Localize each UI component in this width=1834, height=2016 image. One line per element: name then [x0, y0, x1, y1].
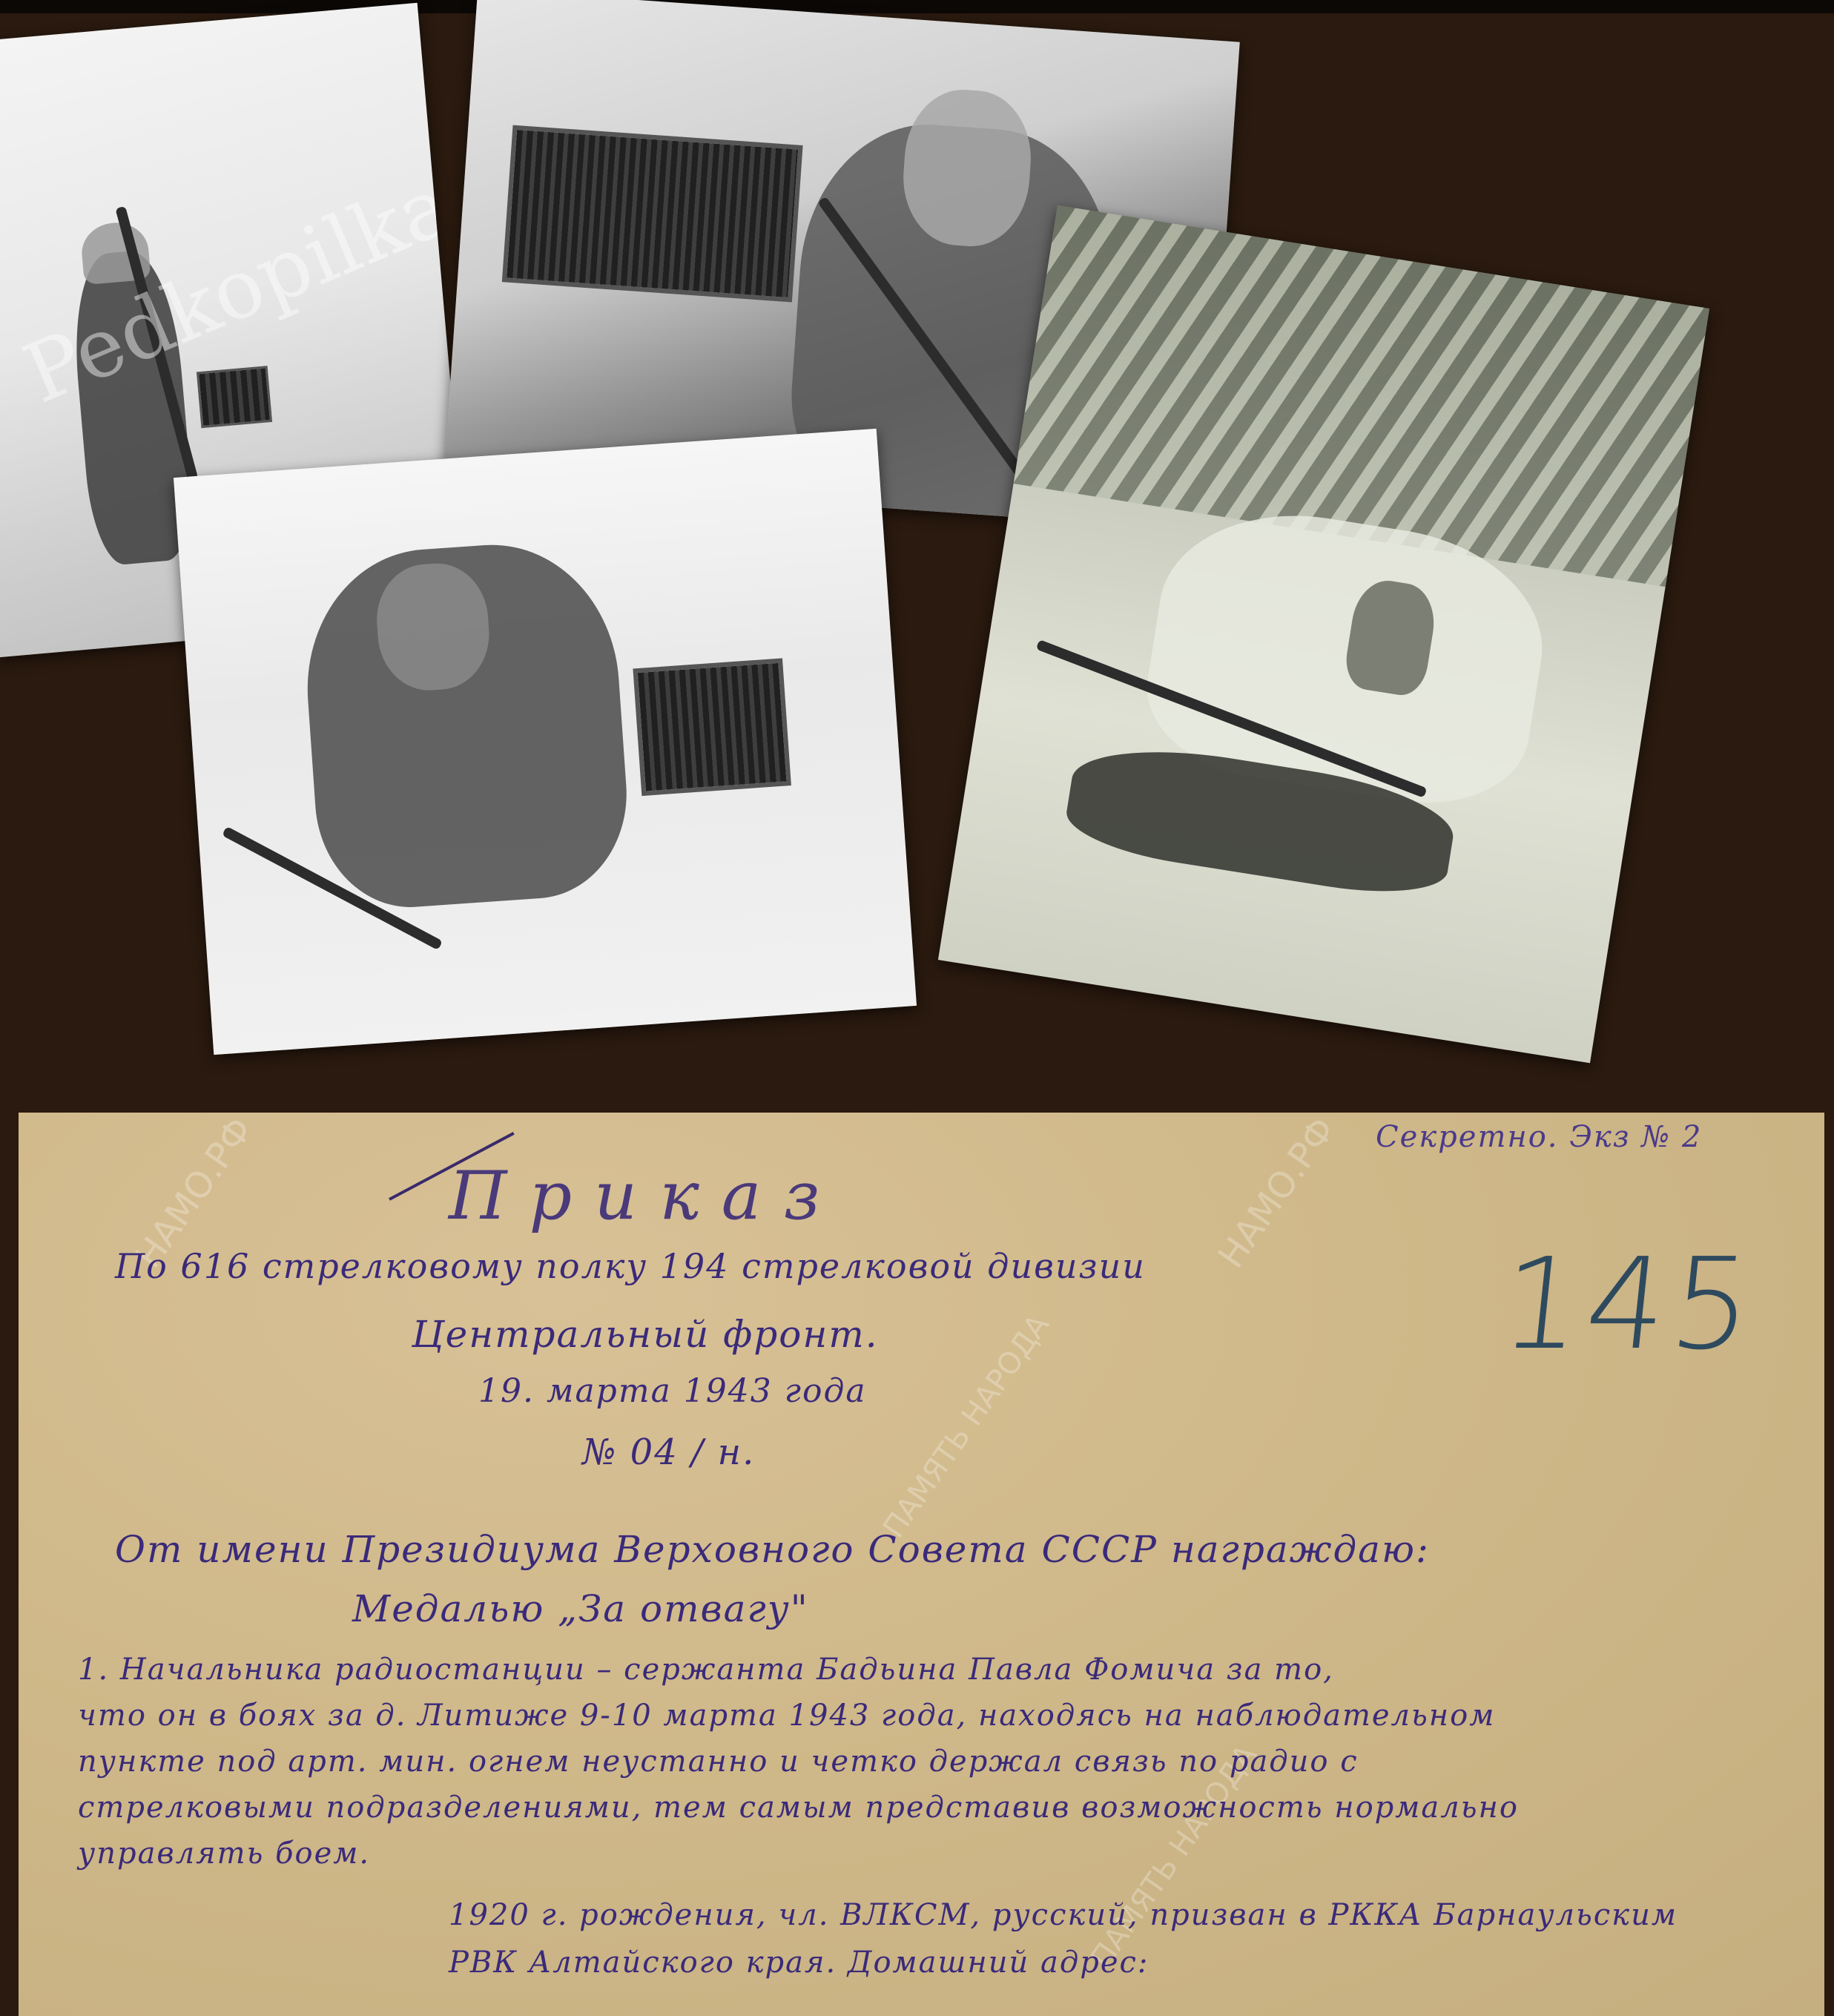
regiment-line: По 616 стрелковому полку 194 стрелковой … [115, 1246, 1146, 1286]
citation-line: что он в боях за д. Литиже 9-10 марта 19… [78, 1693, 1784, 1739]
front-line: Центральный фронт. [412, 1313, 879, 1356]
citation-line: пункте под арт. мин. огнем неустанно и ч… [78, 1739, 1784, 1785]
award-citation: 1. Начальника радиостанции – сержанта Ба… [78, 1647, 1784, 1877]
cable-reel [633, 658, 791, 796]
citation-line: управлять боем. [78, 1831, 1784, 1877]
photo-scene [174, 429, 917, 1055]
citation-line: 1. Начальника радиостанции – сержанта Ба… [78, 1647, 1784, 1693]
telephone-case [197, 366, 272, 428]
archive-page-number: 145 [1494, 1231, 1764, 1378]
photo-scene [938, 205, 1709, 1064]
order-number: № 04 / н. [582, 1432, 755, 1473]
watermark: ПАМЯТЬ НАРОДА [877, 1308, 1056, 1544]
document-title: Приказ [449, 1157, 842, 1235]
award-intro: От имени Президиума Верховного Совета СС… [115, 1528, 1430, 1571]
photo-soldier-telephone [938, 205, 1709, 1064]
award-order-document: НАМО.РФ НАМО.РФ ПАМЯТЬ НАРОДА ПАМЯТЬ НАР… [19, 1113, 1824, 2016]
biographical-info: 1920 г. рождения, чл. ВЛКСМ, русский, пр… [449, 1891, 1678, 1986]
bio-line: РВК Алтайского края. Домашний адрес: [449, 1939, 1678, 1986]
watermark: НАМО.РФ [1210, 1110, 1344, 1276]
secret-mark: Секретно. Экз № 2 [1376, 1120, 1702, 1154]
order-date: 19. марта 1943 года [478, 1372, 867, 1410]
cable-reel [502, 125, 803, 303]
citation-line: стрелковыми подразделениями, тем самым п… [78, 1785, 1784, 1831]
top-black-bar [0, 0, 1834, 13]
photo-soldier-in-snow [174, 429, 917, 1055]
bio-line: 1920 г. рождения, чл. ВЛКСМ, русский, пр… [449, 1891, 1678, 1939]
medal-name: Медалью „За отвагу" [352, 1587, 809, 1630]
